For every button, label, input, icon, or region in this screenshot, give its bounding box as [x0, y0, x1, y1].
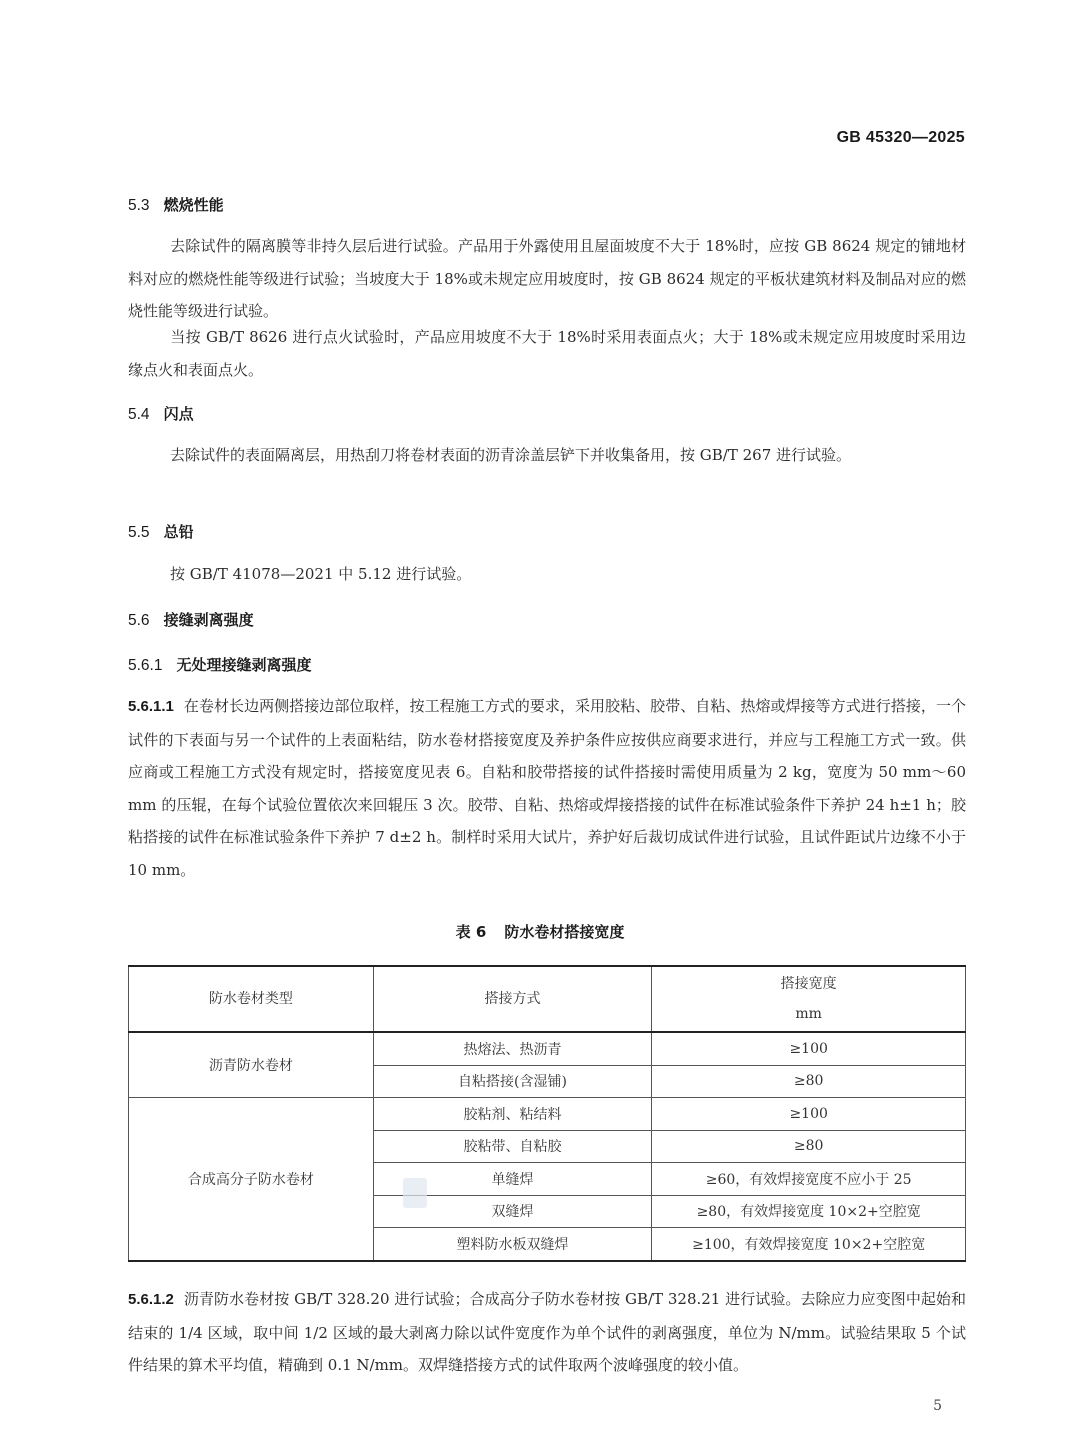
- width-cell: ≥100: [652, 1032, 966, 1065]
- header-width: 搭接宽度 mm: [652, 966, 966, 1032]
- table-row: 沥青防水卷材 热熔法、热沥青 ≥100: [129, 1032, 966, 1065]
- header-width-label: 搭接宽度: [652, 969, 965, 999]
- paragraph-text: 去除试件的隔离膜等非持久层后进行试验。产品用于外露使用且屋面坡度不大于 18%时…: [128, 237, 966, 320]
- header-method: 搭接方式: [373, 966, 652, 1032]
- section-number: 5.5: [128, 524, 150, 542]
- width-cell: ≥80，有效焊接宽度 10×2+空腔宽: [652, 1195, 966, 1228]
- width-cell: ≥60，有效焊接宽度不应小于 25: [652, 1163, 966, 1196]
- table-title: 防水卷材搭接宽度: [504, 923, 624, 941]
- section-number: 5.6: [128, 612, 150, 630]
- clause-text: 在卷材长边两侧搭接边部位取样，按工程施工方式的要求，采用胶粘、胶带、自粘、热熔或…: [128, 697, 966, 879]
- section-title: 闪点: [164, 405, 194, 423]
- section-number: 5.6.1: [128, 657, 162, 675]
- width-cell: ≥80: [652, 1065, 966, 1098]
- table-number: 表 6: [456, 923, 487, 941]
- lap-width-table: 防水卷材类型 搭接方式 搭接宽度 mm 沥青防水卷材 热熔法、热沥青 ≥100 …: [128, 965, 966, 1262]
- width-cell: ≥80: [652, 1130, 966, 1163]
- section-heading-5-5: 5.5总铅: [128, 521, 194, 542]
- membrane-type-cell: 沥青防水卷材: [129, 1032, 374, 1098]
- section-title: 接缝剥离强度: [164, 611, 254, 629]
- paragraph-text: 按 GB/T 41078—2021 中 5.12 进行试验。: [170, 565, 471, 583]
- paragraph-5-4: 去除试件的表面隔离层，用热刮刀将卷材表面的沥青涂盖层铲下并收集备用，按 GB/T…: [128, 439, 966, 472]
- table-caption: 表 6防水卷材搭接宽度: [0, 921, 1080, 942]
- width-cell: ≥100: [652, 1098, 966, 1131]
- paragraph-5-5: 按 GB/T 41078—2021 中 5.12 进行试验。: [128, 558, 966, 591]
- method-cell: 自粘搭接(含湿铺): [373, 1065, 652, 1098]
- membrane-type-cell: 合成高分子防水卷材: [129, 1098, 374, 1261]
- clause-text: 沥青防水卷材按 GB/T 328.20 进行试验；合成高分子防水卷材按 GB/T…: [128, 1290, 966, 1374]
- table-header-row: 防水卷材类型 搭接方式 搭接宽度 mm: [129, 966, 966, 1032]
- page-number: 5: [933, 1398, 942, 1414]
- paragraph-5-3-a: 去除试件的隔离膜等非持久层后进行试验。产品用于外露使用且屋面坡度不大于 18%时…: [128, 230, 966, 328]
- paragraph-5-3-b: 当按 GB/T 8626 进行点火试验时，产品应用坡度不大于 18%时采用表面点…: [128, 321, 966, 386]
- header-width-unit: mm: [652, 999, 965, 1029]
- section-heading-5-3: 5.3燃烧性能: [128, 194, 224, 215]
- section-number: 5.4: [128, 406, 150, 424]
- width-cell: ≥100，有效焊接宽度 10×2+空腔宽: [652, 1228, 966, 1261]
- paragraph-text: 去除试件的表面隔离层，用热刮刀将卷材表面的沥青涂盖层铲下并收集备用，按 GB/T…: [170, 446, 851, 464]
- clause-5-6-1-1: 5.6.1.1在卷材长边两侧搭接边部位取样，按工程施工方式的要求，采用胶粘、胶带…: [128, 690, 966, 887]
- section-number: 5.3: [128, 197, 150, 215]
- section-title: 总铅: [164, 523, 194, 541]
- section-heading-5-6-1: 5.6.1无处理接缝剥离强度: [128, 654, 312, 675]
- section-heading-5-4: 5.4闪点: [128, 403, 194, 424]
- section-title: 无处理接缝剥离强度: [176, 656, 311, 674]
- method-cell: 胶粘剂、粘结料: [373, 1098, 652, 1131]
- paragraph-text: 当按 GB/T 8626 进行点火试验时，产品应用坡度不大于 18%时采用表面点…: [128, 328, 966, 379]
- method-cell: 塑料防水板双缝焊: [373, 1228, 652, 1261]
- clause-number: 5.6.1.1: [128, 698, 174, 715]
- watermark-logo-icon: [403, 1178, 427, 1208]
- method-cell: 胶粘带、自粘胶: [373, 1130, 652, 1163]
- standard-number: GB 45320—2025: [837, 129, 965, 147]
- clause-number: 5.6.1.2: [128, 1291, 174, 1308]
- table-row: 合成高分子防水卷材 胶粘剂、粘结料 ≥100: [129, 1098, 966, 1131]
- section-title: 燃烧性能: [164, 196, 224, 214]
- section-heading-5-6: 5.6接缝剥离强度: [128, 609, 254, 630]
- method-cell: 热熔法、热沥青: [373, 1032, 652, 1065]
- clause-5-6-1-2: 5.6.1.2沥青防水卷材按 GB/T 328.20 进行试验；合成高分子防水卷…: [128, 1283, 966, 1382]
- header-type: 防水卷材类型: [129, 966, 374, 1032]
